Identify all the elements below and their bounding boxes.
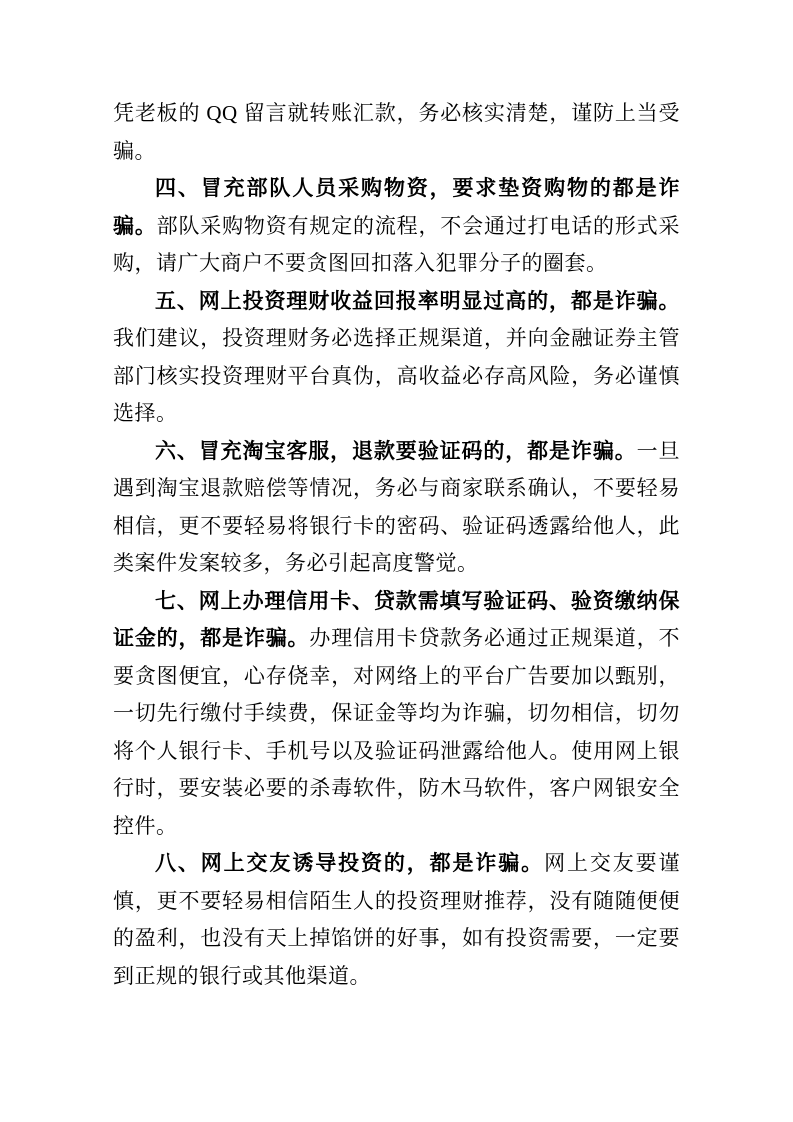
paragraph-lead: 六、冒充淘宝客服，退款要验证码的，都是诈骗。: [155, 439, 637, 463]
paragraph-continuation: 凭老板的 QQ 留言就转账汇款，务必核实清楚，谨防上当受骗。: [113, 95, 680, 170]
document-body: 凭老板的 QQ 留言就转账汇款，务必核实清楚，谨防上当受骗。 四、冒充部队人员采…: [113, 95, 680, 995]
paragraph-point-7: 七、网上办理信用卡、贷款需填写验证码、验资缴纳保证金的，都是诈骗。办理信用卡贷款…: [113, 583, 680, 846]
paragraph-text: 办理信用卡贷款务必通过正规渠道，不要贪图便宜，心存侥幸，对网络上的平台广告要加以…: [113, 626, 680, 838]
paragraph-point-6: 六、冒充淘宝客服，退款要验证码的，都是诈骗。一旦遇到淘宝退款赔偿等情况，务必与商…: [113, 433, 680, 583]
paragraph-point-5: 五、网上投资理财收益回报率明显过高的，都是诈骗。我们建议，投资理财务必选择正规渠…: [113, 283, 680, 433]
paragraph-text: 凭老板的 QQ 留言就转账汇款，务必核实清楚，谨防上当受骗。: [113, 101, 680, 163]
paragraph-point-4: 四、冒充部队人员采购物资，要求垫资购物的都是诈骗。部队采购物资有规定的流程，不会…: [113, 170, 680, 283]
paragraph-lead: 五、网上投资理财收益回报率明显过高的，都是诈骗。: [155, 289, 680, 313]
paragraph-text: 部队采购物资有规定的流程，不会通过打电话的形式采购，请广大商户不要贪图回扣落入犯…: [113, 214, 680, 276]
paragraph-text: 我们建议，投资理财务必选择正规渠道，并向金融证券主管部门核实投资理财平台真伪，高…: [113, 326, 680, 425]
paragraph-point-8: 八、网上交友诱导投资的，都是诈骗。网上交友要谨慎，更不要轻易相信陌生人的投资理财…: [113, 845, 680, 995]
paragraph-lead: 八、网上交友诱导投资的，都是诈骗。: [155, 851, 544, 875]
document-page: 凭老板的 QQ 留言就转账汇款，务必核实清楚，谨防上当受骗。 四、冒充部队人员采…: [0, 0, 793, 1122]
